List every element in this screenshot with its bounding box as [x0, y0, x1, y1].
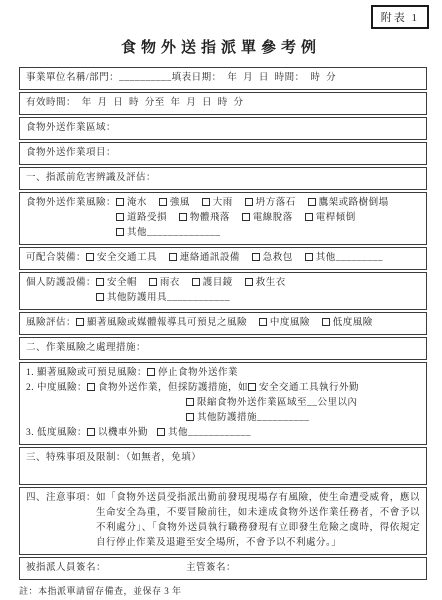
equipment-options: 安全交通工具 連絡通訊設備 急救包 其他_________ — [86, 251, 420, 266]
section-2-header: 二、作業風險之處理措施： — [19, 337, 427, 360]
checkbox-icon[interactable] — [116, 213, 124, 221]
checkbox-icon[interactable] — [242, 213, 250, 221]
checkbox-option[interactable]: 淹水 — [116, 196, 147, 211]
measure-line-1-options: 停止食物外送作業 — [147, 368, 238, 378]
checkbox-option[interactable]: 強風 — [159, 196, 190, 211]
measure-line-5: 3. 低度風險：以機車外勤其他____________ — [26, 426, 420, 441]
checkbox-icon[interactable] — [87, 428, 95, 436]
checkbox-option-label: 物體飛落 — [190, 213, 230, 223]
checkbox-option-label: 坍方落石 — [256, 198, 296, 208]
checkbox-icon[interactable] — [248, 383, 256, 391]
operation-risks-options: 淹水 強風 大雨 坍方落石 鷹架或路樹倒塌 道路受損 物體飛落 — [116, 196, 420, 241]
checkbox-option[interactable]: 電線脫落 — [242, 211, 293, 226]
checkbox-option-label: 以機車外勤 — [98, 428, 148, 438]
risk-assessment-options: 顯著風險或媒體報導具可預見之風險 中度風險 低度風險 — [76, 316, 420, 331]
appendix-tag: 附表 1 — [371, 5, 429, 29]
checkbox-option[interactable]: 顯著風險或媒體報導具可預見之風險 — [76, 316, 247, 331]
measure-line-5-label: 3. 低度風險： — [26, 428, 87, 438]
checkbox-option[interactable]: 大雨 — [202, 196, 233, 211]
checkbox-option-label: 安全交通工具執行外勤 — [259, 383, 359, 393]
supervisor-signature-label: 主管簽名： — [186, 563, 236, 573]
measure-line-4-options: 其他防護措施__________ — [186, 413, 310, 423]
checkbox-icon[interactable] — [169, 253, 177, 261]
row-equipment: 可配合裝備： 安全交通工具 連絡通訊設備 急救包 其他_________ — [19, 247, 427, 270]
checkbox-option-label: 其他防護用具____________ — [107, 293, 230, 303]
attention-notes-text: 如「食物外送員受指派出勤前發現現場存有風險，使生命遭受威脅，應以生命安全為重，不… — [96, 491, 420, 551]
checkbox-option-label: 安全帽 — [107, 278, 137, 288]
assignee-signature-label: 被指派人員簽名： — [26, 561, 186, 576]
section-2-title: 二、作業風險之處理措施： — [26, 343, 146, 353]
row-valid-time: 有效時間： 年 月 日 時 分至 年 月 日 時 分 — [19, 92, 427, 115]
checkbox-option-label: 食物外送作業，但採防護措施，如 — [98, 383, 248, 393]
checkbox-icon[interactable] — [149, 278, 157, 286]
measure-line-1: 1. 顯著風險或可預見風險：停止食物外送作業 — [26, 366, 420, 381]
checkbox-icon[interactable] — [322, 318, 330, 326]
checkbox-option-label: 急救包 — [263, 253, 293, 263]
risk-options-line-3: 其他______________ — [116, 226, 420, 241]
checkbox-option-label: 限縮食物外送作業區域至__公里以內 — [197, 398, 358, 408]
row-risk-assessment: 風險評估： 顯著風險或媒體報導具可預見之風險 中度風險 低度風險 — [19, 312, 427, 335]
risk-options-line-2: 道路受損 物體飛落 電線脫落 電桿傾倒 — [116, 211, 420, 226]
checkbox-icon[interactable] — [157, 428, 165, 436]
checkbox-option[interactable]: 物體飛落 — [179, 211, 230, 226]
checkbox-option[interactable]: 低度風險 — [322, 316, 373, 331]
checkbox-option[interactable]: 其他_________ — [305, 251, 383, 266]
row-attention-notes: 四、注意事項： 如「食物外送員受指派出勤前發現現場存有風險，使生命遭受威脅，應以… — [19, 487, 427, 555]
checkbox-option[interactable]: 連絡通訊設備 — [169, 251, 240, 266]
page-title: 食物外送指派單參考例 — [0, 36, 442, 57]
unit-name-label: 事業單位名稱/部門： — [26, 73, 119, 83]
row-signatures: 被指派人員簽名：主管簽名： — [19, 557, 427, 580]
row-operation-risks: 食物外送作業風險： 淹水 強風 大雨 坍方落石 鷹架或路樹倒塌 — [19, 192, 427, 245]
checkbox-option[interactable]: 坍方落石 — [245, 196, 296, 211]
checkbox-icon[interactable] — [96, 293, 104, 301]
row-ppe: 個人防護設備： 安全帽 雨衣 護目鏡 救生衣 其他防護用具__ — [19, 272, 427, 310]
checkbox-option[interactable]: 雨衣 — [149, 276, 180, 291]
checkbox-option-label: 其他____________ — [168, 428, 251, 438]
unit-name-blank[interactable]: __________ — [119, 73, 172, 83]
checkbox-option-label: 停止食物外送作業 — [158, 368, 238, 378]
checkbox-icon[interactable] — [245, 278, 253, 286]
measure-line-3-options: 限縮食物外送作業區域至__公里以內 — [186, 398, 358, 408]
ppe-options: 安全帽 雨衣 護目鏡 救生衣 其他防護用具____________ — [96, 276, 420, 306]
checkbox-option-label: 救生衣 — [256, 278, 286, 288]
measure-line-2-label: 2. 中度風險： — [26, 383, 87, 393]
document-page: 附表 1 食物外送指派單參考例 事業單位名稱/部門：__________填表日期… — [0, 0, 442, 600]
checkbox-option[interactable]: 急救包 — [252, 251, 293, 266]
attention-notes-label: 四、注意事項： — [26, 491, 96, 506]
section-1-title: 一、指派前危害辨識及評估： — [26, 173, 156, 183]
ppe-label: 個人防護設備： — [26, 276, 96, 291]
footnote: 註：本指派單請留存備查，並保存 3 年 — [19, 584, 442, 597]
checkbox-option-label: 鷹架或路樹倒塌 — [319, 198, 389, 208]
checkbox-option[interactable]: 道路受損 — [116, 211, 167, 226]
checkbox-option[interactable]: 食物外送作業，但採防護措施，如 — [87, 381, 248, 396]
risk-assessment-label: 風險評估： — [26, 316, 76, 331]
appendix-tag-label: 附表 1 — [381, 12, 419, 24]
checkbox-option-label: 低度風險 — [333, 318, 373, 328]
checkbox-icon[interactable] — [186, 398, 194, 406]
checkbox-option-label: 其他______________ — [127, 228, 221, 238]
checkbox-option[interactable]: 其他______________ — [116, 226, 221, 241]
special-notes-label: 三、特殊事項及限制：（如無者，免填） — [26, 453, 201, 463]
checkbox-option-label: 連絡通訊設備 — [180, 253, 240, 263]
checkbox-option-label: 中度風險 — [270, 318, 310, 328]
checkbox-option[interactable]: 護目鏡 — [192, 276, 233, 291]
checkbox-icon[interactable] — [202, 198, 210, 206]
row-delivery-items: 食物外送作業項目： — [19, 142, 427, 165]
checkbox-option[interactable]: 鷹架或路樹倒塌 — [308, 196, 389, 211]
checkbox-option-label: 雨衣 — [160, 278, 180, 288]
checkbox-option[interactable]: 其他防護用具____________ — [96, 291, 230, 306]
checkbox-icon[interactable] — [245, 198, 253, 206]
checkbox-icon[interactable] — [147, 368, 155, 376]
row-unit-name: 事業單位名稱/部門：__________填表日期： 年 月 日 時間： 時 分 — [19, 67, 427, 90]
valid-time-label: 有效時間： 年 月 日 時 分至 年 月 日 時 分 — [26, 98, 244, 108]
checkbox-icon[interactable] — [86, 253, 94, 261]
checkbox-icon[interactable] — [159, 198, 167, 206]
checkbox-icon[interactable] — [252, 253, 260, 261]
checkbox-icon[interactable] — [308, 198, 316, 206]
checkbox-option-label: 淹水 — [127, 198, 147, 208]
checkbox-option[interactable]: 限縮食物外送作業區域至__公里以內 — [186, 396, 358, 411]
row-delivery-area: 食物外送作業區域： — [19, 117, 427, 140]
measure-line-4: 其他防護措施__________ — [186, 411, 420, 426]
row-risk-measures: 1. 顯著風險或可預見風險：停止食物外送作業 2. 中度風險：食物外送作業，但採… — [19, 362, 427, 445]
checkbox-option-label: 其他_________ — [316, 253, 383, 263]
risk-options-line-1: 淹水 強風 大雨 坍方落石 鷹架或路樹倒塌 — [116, 196, 420, 211]
checkbox-option-label: 安全交通工具 — [97, 253, 157, 263]
checkbox-option[interactable]: 其他____________ — [157, 426, 251, 441]
checkbox-option[interactable]: 電桿傾倒 — [305, 211, 356, 226]
measure-line-1-label: 1. 顯著風險或可預見風險： — [26, 368, 147, 378]
equipment-label: 可配合裝備： — [26, 251, 86, 266]
checkbox-option-label: 強風 — [170, 198, 190, 208]
checkbox-icon[interactable] — [186, 413, 194, 421]
checkbox-option[interactable]: 救生衣 — [245, 276, 286, 291]
section-1-header: 一、指派前危害辨識及評估： — [19, 167, 427, 190]
checkbox-option-label: 電桿傾倒 — [316, 213, 356, 223]
dispatch-form: 事業單位名稱/部門：__________填表日期： 年 月 日 時間： 時 分 … — [19, 67, 427, 580]
checkbox-option[interactable]: 其他防護措施__________ — [186, 411, 310, 426]
measure-line-2-options: 食物外送作業，但採防護措施，如安全交通工具執行外勤 — [87, 383, 359, 393]
checkbox-option-label: 護目鏡 — [203, 278, 233, 288]
checkbox-option[interactable]: 安全交通工具執行外勤 — [248, 381, 359, 396]
checkbox-option[interactable]: 安全帽 — [96, 276, 137, 291]
checkbox-option-label: 其他防護措施__________ — [197, 413, 310, 423]
checkbox-icon[interactable] — [87, 383, 95, 391]
checkbox-option-label: 道路受損 — [127, 213, 167, 223]
checkbox-icon[interactable] — [259, 318, 267, 326]
delivery-items-label: 食物外送作業項目： — [26, 148, 116, 158]
checkbox-option[interactable]: 以機車外勤 — [87, 426, 148, 441]
delivery-area-label: 食物外送作業區域： — [26, 123, 116, 133]
checkbox-option-label: 顯著風險或媒體報導具可預見之風險 — [87, 318, 247, 328]
row-special-notes: 三、特殊事項及限制：（如無者，免填） — [19, 447, 427, 485]
checkbox-option[interactable]: 中度風險 — [259, 316, 310, 331]
checkbox-icon[interactable] — [116, 198, 124, 206]
checkbox-icon[interactable] — [305, 253, 313, 261]
checkbox-option-label: 電線脫落 — [253, 213, 293, 223]
fill-date-label: 填表日期： 年 月 日 時間： 時 分 — [172, 73, 337, 83]
checkbox-option[interactable]: 安全交通工具 — [86, 251, 157, 266]
measure-line-2: 2. 中度風險：食物外送作業，但採防護措施，如安全交通工具執行外勤 — [26, 381, 420, 396]
checkbox-icon[interactable] — [305, 213, 313, 221]
ppe-options-line-2: 其他防護用具____________ — [96, 291, 420, 306]
checkbox-option[interactable]: 停止食物外送作業 — [147, 366, 238, 381]
checkbox-icon[interactable] — [179, 213, 187, 221]
checkbox-icon[interactable] — [192, 278, 200, 286]
measure-line-5-options: 以機車外勤其他____________ — [87, 428, 251, 438]
checkbox-icon[interactable] — [76, 318, 84, 326]
checkbox-option-label: 大雨 — [213, 198, 233, 208]
checkbox-icon[interactable] — [96, 278, 104, 286]
measure-line-3: 限縮食物外送作業區域至__公里以內 — [186, 396, 420, 411]
checkbox-icon[interactable] — [116, 228, 124, 236]
operation-risks-label: 食物外送作業風險： — [26, 196, 116, 211]
ppe-options-line-1: 安全帽 雨衣 護目鏡 救生衣 — [96, 276, 420, 291]
